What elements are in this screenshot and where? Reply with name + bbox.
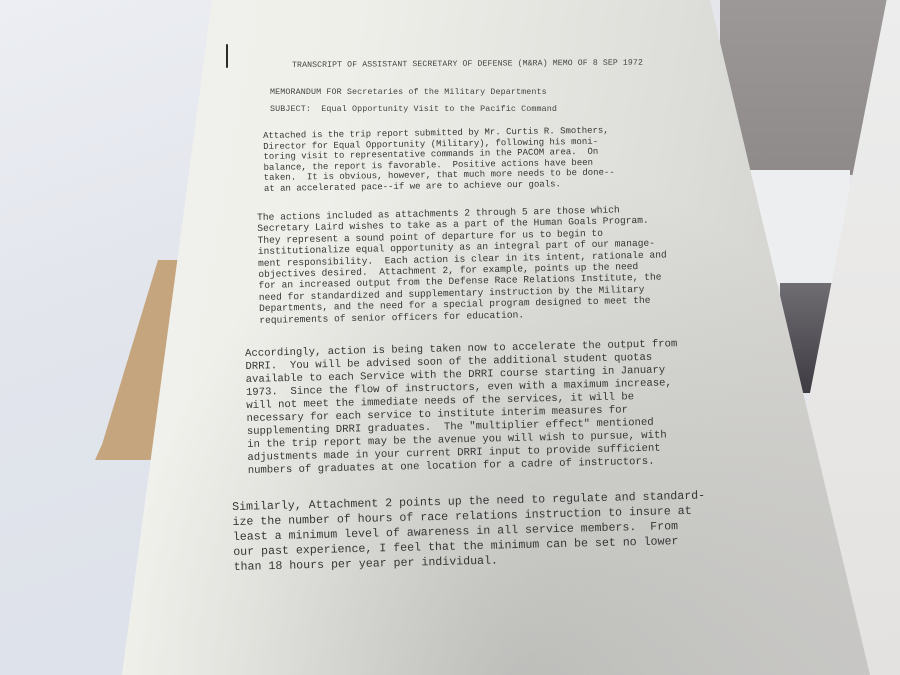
paragraph-2: The actions included as attachments 2 th… xyxy=(257,203,668,326)
paragraph-3: Accordingly, action is being taken now t… xyxy=(245,338,680,478)
paragraph-1: Attached is the trip report submitted by… xyxy=(263,125,615,194)
paragraph-4: Similarly, Attachment 2 points up the ne… xyxy=(232,488,707,575)
binder-mark xyxy=(226,44,228,68)
photo-scene: TRANSCRIPT OF ASSISTANT SECRETARY OF DEF… xyxy=(0,0,900,675)
memo-subject: SUBJECT: Equal Opportunity Visit to the … xyxy=(270,104,557,114)
memo-recipients: MEMORANDUM FOR Secretaries of the Milita… xyxy=(270,87,547,97)
